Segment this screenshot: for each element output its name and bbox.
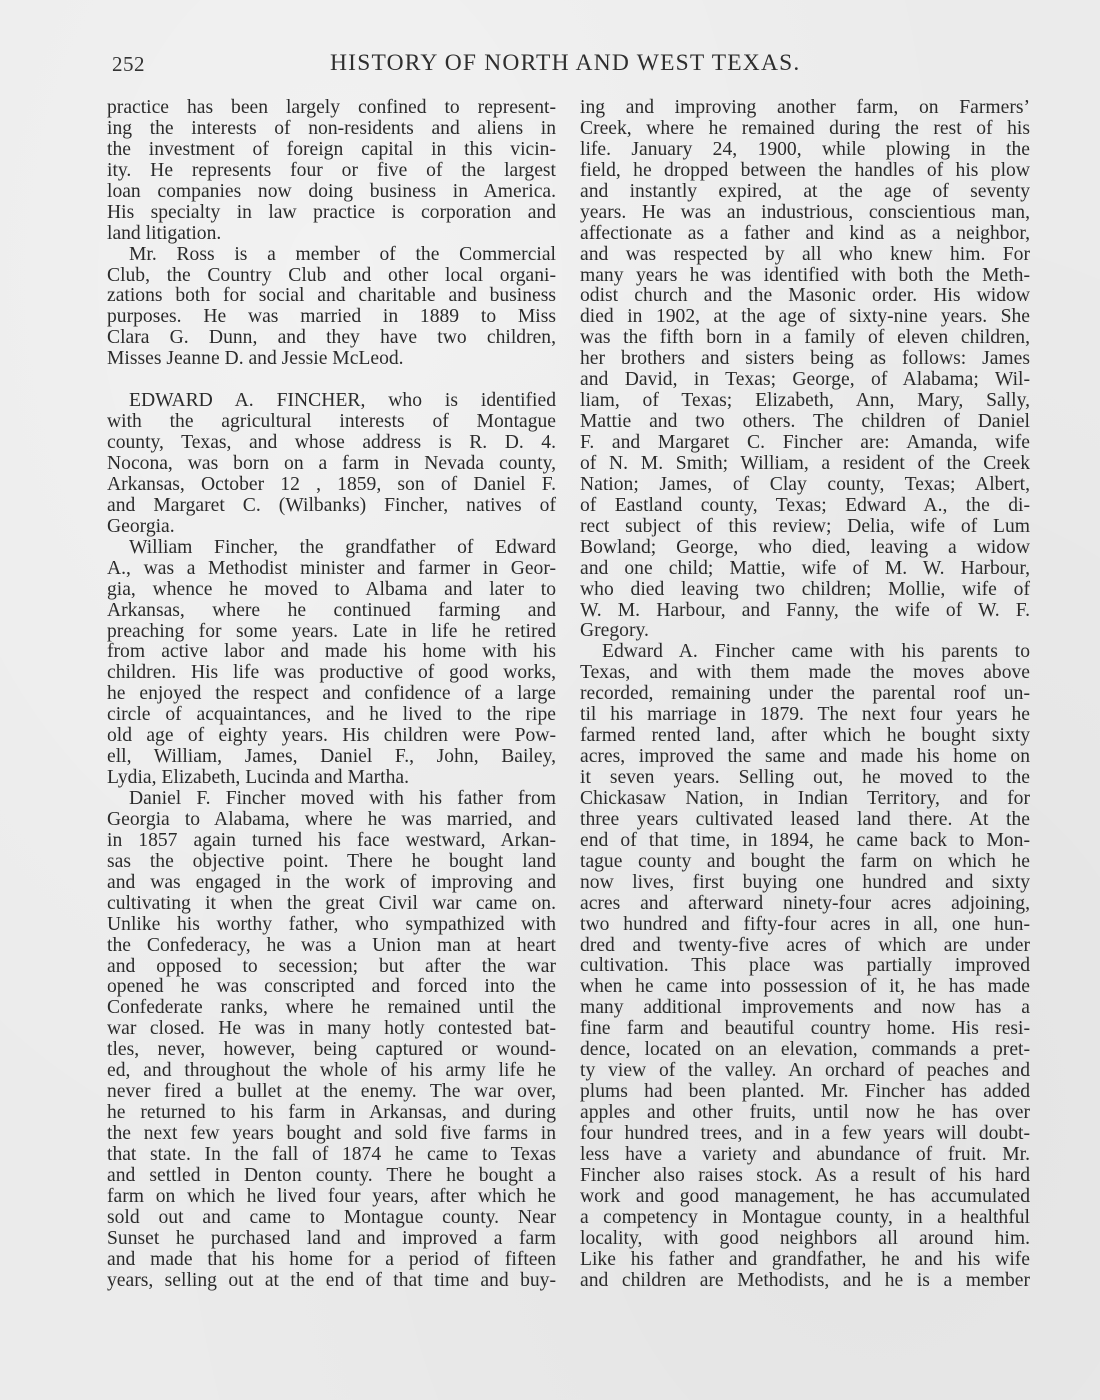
text-line: loan companies now doing business in Ame… [107,182,556,203]
text-line: circle of acquaintances, and he lived to… [107,705,556,726]
text-line: with the agricultural interests of Monta… [107,412,556,433]
text-line: farm on which he lived four years, after… [107,1187,556,1208]
text-line: and David, in Texas; George, of Alabama;… [580,370,1030,391]
text-line: of N. M. Smith; William, a resident of t… [580,454,1030,475]
text-line: Confederate ranks, where he remained unt… [107,998,556,1019]
text-line: children. His life was productive of goo… [107,663,556,684]
text-line: war closed. He was in many hotly contest… [107,1019,556,1040]
text-line: and one child; Mattie, wife of M. W. Har… [580,559,1030,580]
text-line: Fincher also raises stock. As a result o… [580,1166,1030,1187]
text-line: land litigation. [107,224,556,245]
text-line: recorded, remaining under the parental r… [580,684,1030,705]
text-line: Club, the Country Club and other local o… [107,266,556,287]
text-line: Nation; James, of Clay county, Texas; Al… [580,475,1030,496]
text-line: purposes. He was married in 1889 to Miss [107,307,556,328]
text-line: gia, whence he moved to Albama and later… [107,580,556,601]
text-line: fine farm and beautiful country home. Hi… [580,1019,1030,1040]
text-line: tles, never, however, being captured or … [107,1040,556,1061]
running-title: HISTORY OF NORTH AND WEST TEXAS. [330,50,801,77]
text-line: odist church and the Masonic order. His … [580,286,1030,307]
text-line: of Eastland county, Texas; Edward A., th… [580,496,1030,517]
text-line: ed, and throughout the whole of his army… [107,1061,556,1082]
text-line: the Confederacy, he was a Union man at h… [107,936,556,957]
text-line: locality, with good neighbors all around… [580,1229,1030,1250]
text-line: from active labor and made his home with… [107,642,556,663]
text-line: Gregory. [580,621,1030,642]
text-line: sold out and came to Montague county. Ne… [107,1208,556,1229]
text-line: Lydia, Elizabeth, Lucinda and Martha. [107,768,556,789]
text-line: preaching for some years. Late in life h… [107,622,556,643]
text-line: Misses Jeanne D. and Jessie McLeod. [107,349,556,370]
text-line: tague county and bought the farm on whic… [580,852,1030,873]
text-line: Arkansas, October 12 , 1859, son of Dani… [107,475,556,496]
text-line: sas the objective point. There he bought… [107,852,556,873]
text-line: many years he was identified with both t… [580,266,1030,287]
text-line: A., was a Methodist minister and farmer … [107,559,556,580]
paragraph-gap [107,370,556,391]
text-line: rect subject of this review; Delia, wife… [580,517,1030,538]
text-line: and was engaged in the work of improving… [107,873,556,894]
text-line: Nocona, was born on a farm in Nevada cou… [107,454,556,475]
right-text-column: ing and improving another farm, on Farme… [580,98,1030,1291]
text-line: a competency in Montague county, in a he… [580,1208,1030,1229]
text-line: and instantly expired, at the age of sev… [580,182,1030,203]
text-line: F. and Margaret C. Fincher are: Amanda, … [580,433,1030,454]
text-line: Daniel F. Fincher moved with his father … [107,789,556,810]
text-line: opened he was conscripted and forced int… [107,977,556,998]
text-line: Georgia to Alabama, where he was married… [107,810,556,831]
text-line: ing and improving another farm, on Farme… [580,98,1030,119]
text-line: the investment of foreign capital in thi… [107,140,556,161]
text-line: cultivation. This place was partially im… [580,956,1030,977]
text-line: zations both for social and charitable a… [107,286,556,307]
left-text-column: practice has been largely confined to re… [107,98,556,1292]
page-number: 252 [112,52,145,77]
text-line: and made that his home for a period of f… [107,1250,556,1271]
text-line: her brothers and sisters being as follow… [580,349,1030,370]
text-line: and Margaret C. (Wilbanks) Fincher, nati… [107,496,556,517]
text-line: ity. He represents four or five of the l… [107,161,556,182]
text-line: died in 1902, at the age of sixty-nine y… [580,307,1030,328]
text-line: ell, William, James, Daniel F., John, Ba… [107,747,556,768]
text-line: work and good management, he has accumul… [580,1187,1030,1208]
text-line: four hundred trees, and in a few years w… [580,1124,1030,1145]
text-line: Georgia. [107,517,556,538]
text-line: farmed rented land, after which he bough… [580,726,1030,747]
text-line: Mattie and two others. The children of D… [580,412,1030,433]
text-line: liam, of Texas; Elizabeth, Ann, Mary, Sa… [580,391,1030,412]
text-line: Creek, where he remained during the rest… [580,119,1030,140]
text-line: plums had been planted. Mr. Fincher has … [580,1082,1030,1103]
text-line: til his marriage in 1879. The next four … [580,705,1030,726]
text-line: ty view of the valley. An orchard of pea… [580,1061,1030,1082]
text-line: affectionate as a father and kind as a n… [580,224,1030,245]
text-line: Arkansas, where he continued farming and [107,601,556,622]
text-line: acres, improved the same and made his ho… [580,747,1030,768]
text-line: Texas, and with them made the moves abov… [580,663,1030,684]
text-line: when he came into possession of it, he h… [580,977,1030,998]
text-line: Like his father and grandfather, he and … [580,1250,1030,1271]
text-line: ing the interests of non-residents and a… [107,119,556,140]
text-line: and opposed to secession; but after the … [107,957,556,978]
text-line: years. He was an industrious, conscienti… [580,203,1030,224]
text-line: EDWARD A. FINCHER, who is identified [107,391,556,412]
page-header: 252 HISTORY OF NORTH AND WEST TEXAS. [110,50,1030,80]
text-line: Chickasaw Nation, in Indian Territory, a… [580,789,1030,810]
text-line: life. January 24, 1900, while plowing in… [580,140,1030,161]
text-line: W. M. Harbour, and Fanny, the wife of W.… [580,601,1030,622]
text-line: that state. In the fall of 1874 he came … [107,1145,556,1166]
text-line: dred and twenty-five acres of which are … [580,936,1030,957]
text-line: William Fincher, the grandfather of Edwa… [107,538,556,559]
text-line: Unlike his worthy father, who sympathize… [107,915,556,936]
text-line: field, he dropped between the handles of… [580,161,1030,182]
text-line: Edward A. Fincher came with his parents … [580,642,1030,663]
text-line: three years cultivated leased land there… [580,810,1030,831]
text-line: never fired a bullet at the enemy. The w… [107,1082,556,1103]
text-line: and children are Methodists, and he is a… [580,1271,1030,1292]
text-line: practice has been largely confined to re… [107,98,556,119]
text-line: cultivating it when the great Civil war … [107,894,556,915]
text-line: less have a variety and abundance of fru… [580,1145,1030,1166]
text-line: Clara G. Dunn, and they have two childre… [107,328,556,349]
text-line: Sunset he purchased land and improved a … [107,1229,556,1250]
text-line: who died leaving two children; Mollie, w… [580,580,1030,601]
text-line: he enjoyed the respect and confidence of… [107,684,556,705]
text-line: the next few years bought and sold five … [107,1124,556,1145]
text-line: and settled in Denton county. There he b… [107,1166,556,1187]
text-line: it seven years. Selling out, he moved to… [580,768,1030,789]
text-line: in 1857 again turned his face westward, … [107,831,556,852]
text-line: Mr. Ross is a member of the Commercial [107,245,556,266]
text-line: His specialty in law practice is corpora… [107,203,556,224]
text-line: he returned to his farm in Arkansas, and… [107,1103,556,1124]
text-line: Bowland; George, who died, leaving a wid… [580,538,1030,559]
text-line: county, Texas, and whose address is R. D… [107,433,556,454]
text-line: many additional improvements and now has… [580,998,1030,1019]
text-line: old age of eighty years. His children we… [107,726,556,747]
text-line: two hundred and fifty-four acres in all,… [580,915,1030,936]
text-line: was the fifth born in a family of eleven… [580,328,1030,349]
text-line: end of that time, in 1894, he came back … [580,831,1030,852]
text-line: years, selling out at the end of that ti… [107,1271,556,1292]
text-line: and was respected by all who knew him. F… [580,245,1030,266]
text-line: dence, located on an elevation, commands… [580,1040,1030,1061]
book-page: 252 HISTORY OF NORTH AND WEST TEXAS. pra… [0,0,1100,1400]
text-line: acres and afterward ninety-four acres ad… [580,894,1030,915]
text-line: apples and other fruits, until now he ha… [580,1103,1030,1124]
text-line: now lives, first buying one hundred and … [580,873,1030,894]
